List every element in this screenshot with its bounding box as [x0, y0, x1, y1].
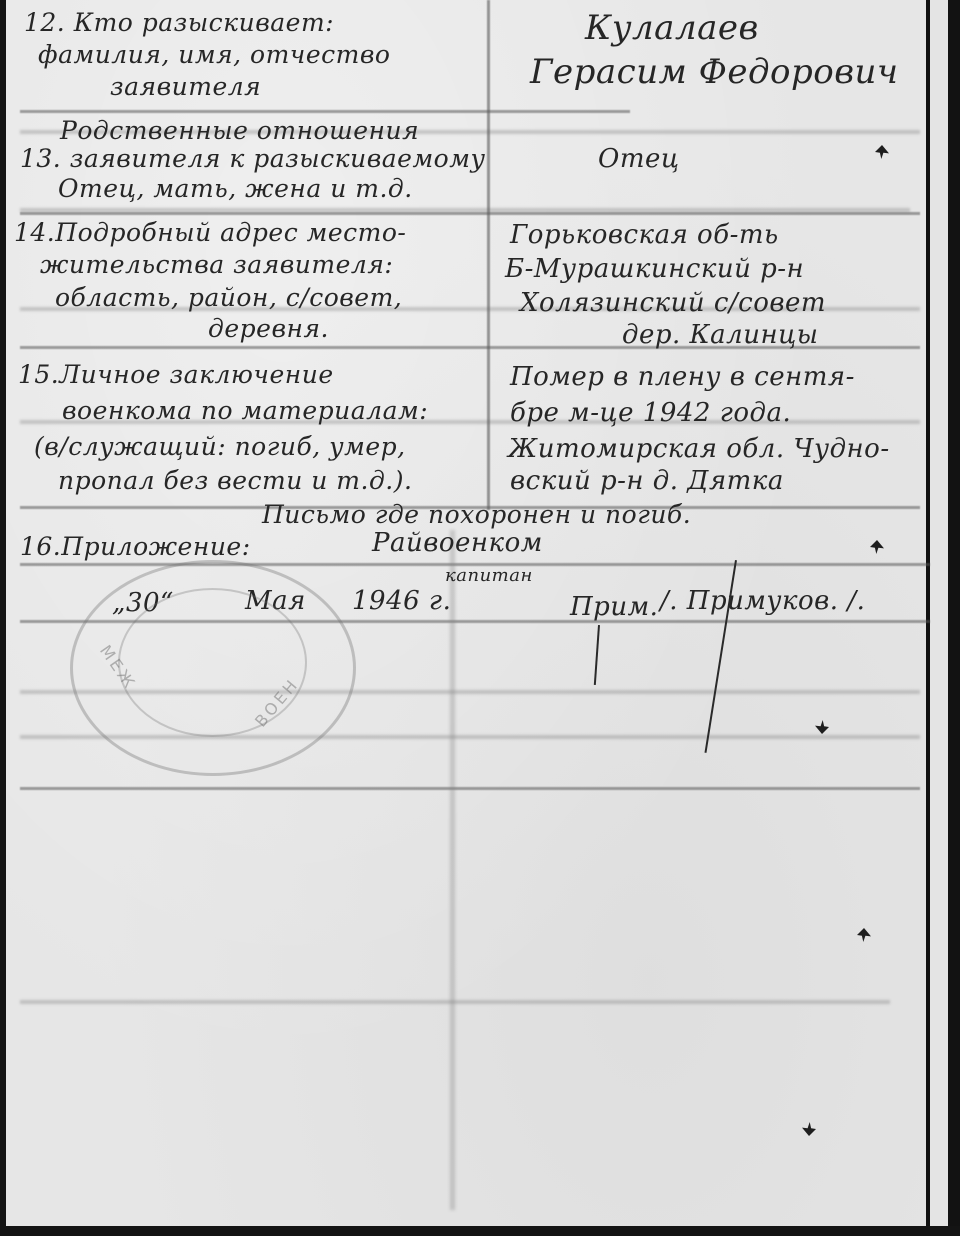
signature-name: /. Примуков. /. [660, 586, 865, 616]
item-15-answer-line-4: вский р-н д. Дятка [510, 466, 784, 496]
item-12-answer-name: Герасим Федорович [530, 52, 899, 92]
item-12-question-line-2: фамилия, имя, отчество [38, 40, 390, 69]
item-16-question: 16.Приложение: [20, 532, 251, 561]
item-14-question-line-2: жительства заявителя: [40, 250, 393, 279]
column-divider [487, 0, 490, 510]
official-stamp: МЕЖ ВОЕН [70, 560, 356, 776]
item-15-question-line-1: 15.Личное заключение [18, 360, 334, 389]
item-14-answer-district: Б-Мурашкинский р-н [505, 254, 804, 284]
item-15-answer-line-1: Помер в плену в сентя- [510, 362, 855, 392]
item-15-question-line-3: (в/служащий: погиб, умер, [34, 432, 406, 461]
item-13-answer: Отец [598, 144, 680, 174]
scan-right-border [930, 0, 960, 1236]
burial-letter-note: Письмо где похоронен и погиб. [262, 500, 691, 529]
ruled-line [20, 1000, 890, 1004]
item-13-question-line-2: 13. заявителя к разыскиваемому [20, 144, 485, 173]
item-13-question-line-1: Родственные отношения [60, 116, 419, 145]
item-12-question-line-3: заявителя [110, 72, 261, 101]
item-15-question-line-4: пропал без вести и т.д.). [58, 466, 412, 495]
item-12-answer-surname: Кулалаев [585, 8, 759, 48]
item-14-answer-village-council: Холязинский с/совет [520, 288, 826, 318]
item-14-question-line-3: область, район, с/совет, [55, 283, 402, 312]
item-14-question-line-4: деревня. [208, 314, 329, 343]
item-15-answer-line-3: Житомирская обл. Чудно- [508, 434, 890, 464]
item-12-question-line-1: 12. Кто разыскивает: [24, 8, 334, 37]
ruled-line [20, 212, 920, 215]
ruled-line [20, 787, 920, 790]
rank-captain: капитан [445, 565, 533, 586]
item-15-question-line-2: военкома по материалам: [62, 396, 428, 425]
signature-mark: Прим. [570, 592, 658, 622]
scan-bottom-border [0, 1226, 960, 1236]
item-14-question-line-1: 14.Подробный адрес место- [14, 218, 406, 247]
item-14-answer-region: Горьковская об-ть [510, 220, 779, 250]
fold-line [450, 530, 455, 1210]
ruled-line [20, 110, 630, 113]
item-14-answer-village: дер. Калинцы [622, 320, 818, 350]
item-15-answer-line-2: бре м-це 1942 года. [510, 398, 791, 428]
military-commissar-title: Райвоенком [372, 528, 543, 558]
date-year: 1946 г. [352, 586, 451, 616]
item-13-question-line-3: Отец, мать, жена и т.д. [58, 174, 413, 203]
